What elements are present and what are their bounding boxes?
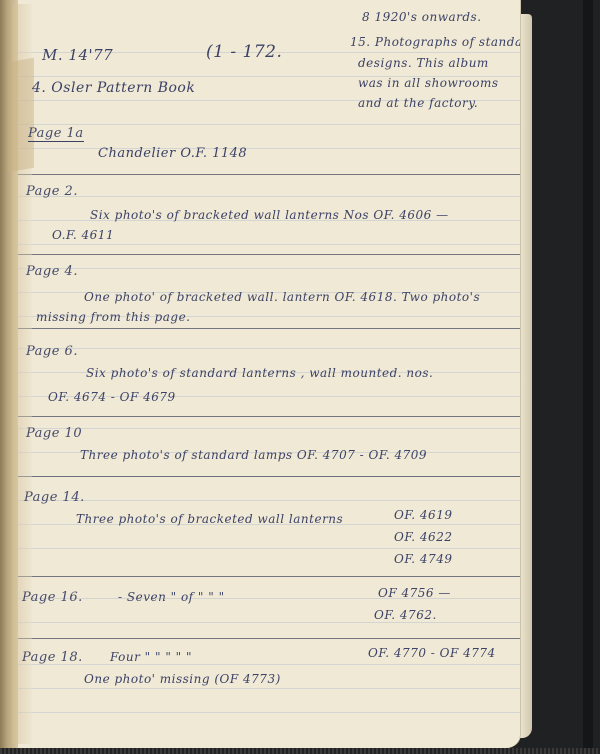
- entry-line: Three photo's of standard lamps OF. 4707…: [80, 448, 427, 462]
- entry-ref: OF. 4749: [394, 552, 452, 566]
- entry-line: Chandelier O.F. 1148: [98, 146, 247, 161]
- notebook-page: M. 14'77 (1 - 172. 4. Osler Pattern Book…: [0, 0, 520, 748]
- entry-line: O.F. 4611: [52, 228, 114, 242]
- note-line: was in all showrooms: [358, 76, 499, 90]
- section-divider: [8, 416, 520, 417]
- entry-page-label: Page 6.: [26, 344, 78, 359]
- section-divider: [8, 638, 520, 639]
- note-line: 15. Photographs of standard: [350, 35, 520, 49]
- note-line: 8 1920's onwards.: [362, 10, 482, 24]
- adhesive-tape-fold: [8, 58, 34, 173]
- entry-page-label: Page 10: [26, 426, 82, 441]
- entry-line: Four " " " " ": [110, 650, 192, 664]
- section-divider: [8, 576, 520, 577]
- entry-ref: OF. 4619: [394, 508, 452, 522]
- entry-ref: OF. 4622: [394, 530, 452, 544]
- range-label: (1 - 172.: [206, 42, 282, 62]
- item-title: 4. Osler Pattern Book: [32, 80, 195, 96]
- section-divider: [8, 476, 520, 477]
- entry-ref: OF. 4770 - OF 4774: [368, 646, 496, 660]
- reference-number: M. 14'77: [42, 46, 113, 64]
- entry-line: Six photo's of bracketed wall lanterns N…: [90, 208, 449, 222]
- entry-ref: OF 4756 —: [378, 586, 451, 600]
- entry-ref: OF. 4762.: [374, 608, 437, 622]
- section-divider: [8, 254, 520, 255]
- note-line: designs. This album: [358, 56, 489, 70]
- entry-line: missing from this page.: [36, 310, 191, 324]
- section-divider: [8, 174, 520, 175]
- note-line: and at the factory.: [358, 96, 478, 110]
- scan-bottom-edge: [0, 748, 600, 754]
- entry-page-label: Page 16.: [22, 590, 83, 605]
- entry-note: One photo' missing (OF 4773): [84, 672, 281, 686]
- entry-line: One photo' of bracketed wall. lantern OF…: [84, 290, 480, 304]
- entry-line: Six photo's of standard lanterns , wall …: [86, 366, 433, 380]
- entry-line: OF. 4674 - OF 4679: [48, 390, 176, 404]
- entry-page-label: Page 1a: [28, 126, 84, 142]
- section-divider: [8, 328, 520, 329]
- entry-line: Three photo's of bracketed wall lanterns: [76, 512, 343, 526]
- entry-page-label: Page 14.: [24, 490, 85, 505]
- entry-page-label: Page 4.: [26, 264, 78, 279]
- entry-page-label: Page 2.: [26, 184, 78, 199]
- entry-page-label: Page 18.: [22, 650, 83, 665]
- binder-edge: [583, 0, 593, 754]
- entry-line: - Seven " of " " ": [118, 590, 225, 604]
